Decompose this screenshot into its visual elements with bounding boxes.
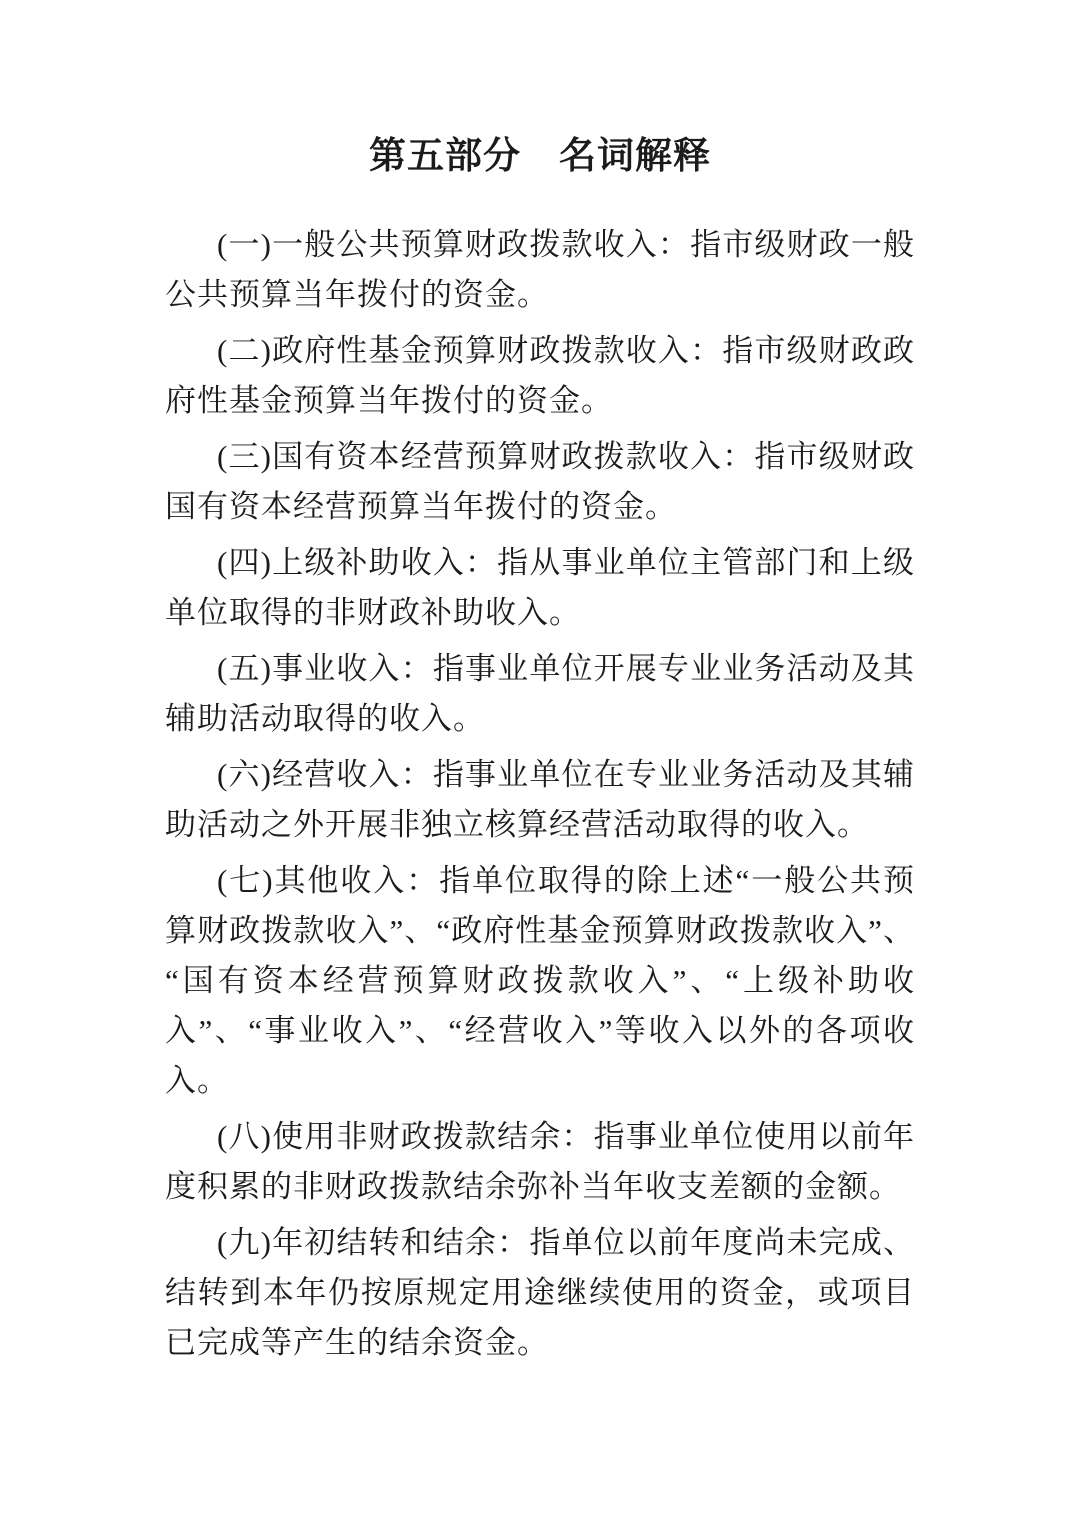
definition-paragraph-2: (二)政府性基金预算财政拨款收入：指市级财政政府性基金预算当年拨付的资金。 xyxy=(165,326,915,426)
section-title: 第五部分 名词解释 xyxy=(165,135,915,179)
definition-paragraph-8: (八)使用非财政拨款结余：指事业单位使用以前年度积累的非财政拨款结余弥补当年收支… xyxy=(165,1112,915,1212)
definition-paragraph-7: (七)其他收入：指单位取得的除上述“一般公共预算财政拨款收入”、“政府性基金预算… xyxy=(165,856,915,1106)
definitions-body: (一)一般公共预算财政拨款收入：指市级财政一般公共预算当年拨付的资金。 (二)政… xyxy=(165,220,915,1368)
definition-paragraph-1: (一)一般公共预算财政拨款收入：指市级财政一般公共预算当年拨付的资金。 xyxy=(165,220,915,320)
page-content: 第五部分 名词解释 (一)一般公共预算财政拨款收入：指市级财政一般公共预算当年拨… xyxy=(0,0,1075,1368)
definition-paragraph-6: (六)经营收入：指事业单位在专业业务活动及其辅助活动之外开展非独立核算经营活动取… xyxy=(165,750,915,850)
document-page: 第五部分 名词解释 (一)一般公共预算财政拨款收入：指市级财政一般公共预算当年拨… xyxy=(0,0,1075,1521)
definition-paragraph-3: (三)国有资本经营预算财政拨款收入：指市级财政国有资本经营预算当年拨付的资金。 xyxy=(165,432,915,532)
definition-paragraph-5: (五)事业收入：指事业单位开展专业业务活动及其辅助活动取得的收入。 xyxy=(165,644,915,744)
definition-paragraph-9: (九)年初结转和结余：指单位以前年度尚未完成、结转到本年仍按原规定用途继续使用的… xyxy=(165,1218,915,1368)
definition-paragraph-4: (四)上级补助收入：指从事业单位主管部门和上级单位取得的非财政补助收入。 xyxy=(165,538,915,638)
